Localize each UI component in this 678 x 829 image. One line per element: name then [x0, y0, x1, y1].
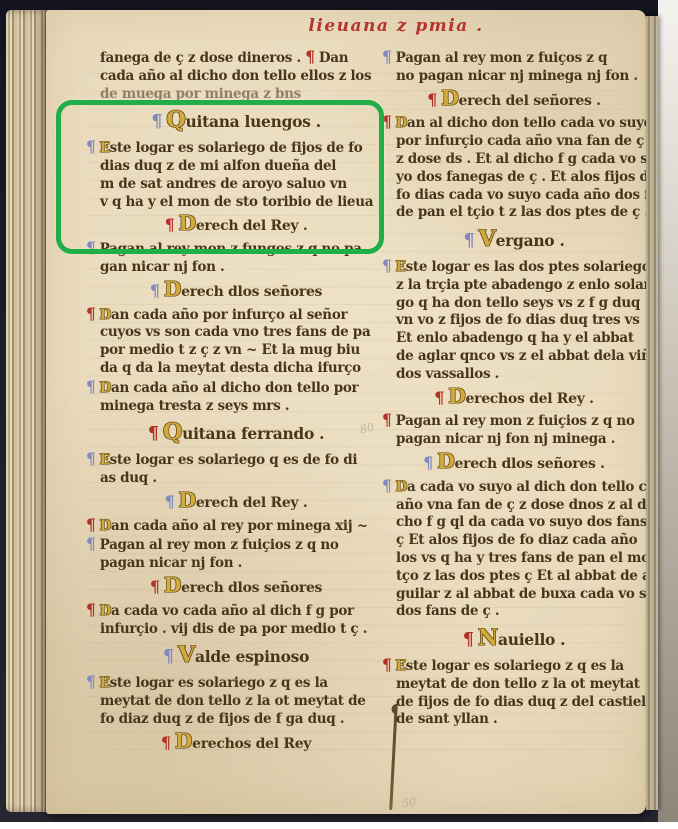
text-line: ¶Pagan al rey mon z fuiçios z q no: [86, 535, 386, 555]
text-line: fanega de ç z dose dineros . ¶Dan: [86, 48, 386, 68]
section-heading: ¶Derechos del Rey: [86, 733, 386, 754]
right-column: ¶Pagan al rey mon z fuiços z qno pagan n…: [382, 48, 646, 778]
paraph-mark: ¶: [305, 48, 315, 66]
illuminated-initial: Q: [163, 419, 182, 445]
text-line: dias duq z de mi alfon dueña del: [86, 158, 386, 176]
text-line: ¶Este logar es solariego z q es la: [382, 656, 646, 676]
text-line: z la trçia pte abadengo z enlo solarie: [382, 277, 646, 295]
text-line: gan nicar nj fon .: [86, 259, 386, 277]
section-heading: ¶Valde espinoso: [86, 647, 386, 666]
paraph-mark: ¶: [161, 733, 171, 752]
text-line: ¶Da cada vo suyo al dich don tello cada: [382, 477, 646, 497]
illuminated-initial: D: [437, 449, 454, 473]
illuminated-initial: D: [396, 479, 407, 495]
paraph-mark: ¶: [427, 90, 437, 109]
paraph-mark: ¶: [163, 646, 174, 667]
illuminated-initial: E: [100, 140, 110, 156]
left-column: fanega de ç z dose dineros . ¶Dancada añ…: [86, 48, 386, 768]
running-title: lieuana z pmia .: [286, 16, 506, 36]
text-line: vn vo z fijos de fo dias duq tres vs: [382, 312, 646, 330]
section-heading: ¶Derech dlos señores: [86, 281, 386, 302]
paraph-mark: ¶: [86, 515, 96, 534]
paraph-mark: ¶: [86, 377, 96, 396]
section-heading: ¶Derech dlos señores .: [382, 453, 646, 474]
text-line: z dose ds . Et al dicho f g cada vo su: [382, 151, 646, 169]
text-line: dos fans de ç .: [382, 603, 646, 621]
illuminated-initial: Q: [166, 107, 185, 133]
section-heading: ¶Quitana luengos .: [86, 112, 386, 131]
text-line: ¶Dan cada año por infurço al señor: [86, 305, 386, 325]
text-line: infurçio . vij dis de pa por medio t ç .: [86, 621, 386, 639]
paraph-mark: ¶: [148, 423, 159, 444]
illuminated-initial: D: [100, 380, 111, 396]
text-line: ¶Dan al dicho don tello cada vo suyo: [382, 113, 646, 133]
text-line: pagan nicar nj fon .: [86, 555, 386, 573]
paraph-mark: ¶: [86, 449, 96, 468]
text-line: por infurçio cada año vna fan de ç: [382, 133, 646, 151]
text-line: pagan nicar nj fon nj minega .: [382, 431, 646, 449]
text-line: tço z las dos ptes ç Et al abbat de a: [382, 568, 646, 586]
illuminated-initial: D: [100, 518, 111, 534]
text-line: por medio t z ç z vn ~ Et la mug biu: [86, 342, 386, 360]
text-line: fo dias cada vo suyo cada año dos fans: [382, 187, 646, 205]
illuminated-initial: D: [441, 86, 458, 110]
paraph-mark: ¶: [382, 655, 392, 674]
paraph-mark: ¶: [382, 256, 392, 275]
paraph-mark: ¶: [382, 410, 392, 429]
illuminated-initial: D: [164, 277, 181, 301]
illuminated-initial: E: [396, 259, 406, 275]
illuminated-initial: D: [100, 307, 111, 323]
text-line: año vna fan de ç z dose dnos z al di: [382, 497, 646, 515]
paraph-mark: ¶: [151, 111, 162, 132]
illuminated-initial: D: [175, 729, 192, 753]
text-line: ¶Dan cada año al rey por minega xij ~: [86, 516, 386, 536]
paraph-mark: ¶: [423, 453, 433, 472]
text-line: fo diaz duq z de fijos de f ga duq .: [86, 711, 386, 729]
paraph-mark: ¶: [463, 230, 474, 251]
text-line: ¶Este logar es solariego q es de fo di: [86, 450, 386, 470]
illuminated-initial: E: [100, 675, 110, 691]
text-line: de pan el tçio t z las dos ptes de ç .: [382, 204, 646, 222]
paraph-mark: ¶: [382, 476, 392, 495]
illuminated-initial: D: [100, 603, 111, 619]
illuminated-initial: D: [179, 211, 196, 235]
text-line: de muega por minega z bns: [86, 86, 386, 104]
paraph-mark: ¶: [150, 281, 160, 300]
text-line: ¶Este logar es las dos ptes solariego: [382, 257, 646, 277]
section-heading: ¶Vergano .: [382, 231, 646, 250]
section-heading: ¶Quitana ferrando .: [86, 424, 386, 443]
paraph-mark: ¶: [382, 48, 392, 66]
illuminated-initial: D: [396, 115, 407, 131]
screenshot-bottom-margin: [0, 822, 678, 829]
illuminated-initial: E: [396, 658, 406, 674]
paraph-mark: ¶: [463, 629, 474, 650]
section-heading: ¶Derech del señores .: [382, 90, 646, 111]
text-line: as duq .: [86, 470, 386, 488]
text-line: de sant yllan .: [382, 711, 646, 729]
text-line: de fijos de fo dias duq z del castiello: [382, 694, 646, 712]
scan-background-right: [658, 0, 678, 822]
text-line: meytat de don tello z la ot meytat de: [86, 693, 386, 711]
text-line: los vs q ha y tres fans de pan el mo: [382, 550, 646, 568]
section-heading: ¶Derechos del Rey .: [382, 388, 646, 409]
text-line: ¶Pagan al rey mon z fungos z q no pa: [86, 239, 386, 259]
paraph-mark: ¶: [86, 534, 96, 553]
illuminated-initial: D: [179, 488, 196, 512]
paraph-mark: ¶: [86, 304, 96, 323]
text-line: cada año al dicho don tello ellos z los: [86, 68, 386, 86]
illuminated-initial: V: [478, 226, 495, 252]
illuminated-initial: E: [100, 452, 110, 468]
text-line: da q da la meytat desta dicha ifurço: [86, 360, 386, 378]
paraph-mark: ¶: [86, 672, 96, 691]
text-line: Et enlo abadengo q ha y el abbat: [382, 330, 646, 348]
paraph-mark: ¶: [165, 492, 175, 511]
text-line: ¶Pagan al rey mon z fuiços z q: [382, 48, 646, 68]
section-heading: ¶Derech del Rey .: [86, 215, 386, 236]
text-line: meytat de don tello z la ot meytat: [382, 676, 646, 694]
paraph-mark: ¶: [165, 215, 175, 234]
text-line: v q ha y el mon de sto toribio de lieua: [86, 194, 386, 212]
paraph-mark: ¶: [86, 137, 96, 156]
text-line: dos vassallos .: [382, 366, 646, 384]
text-line: de aglar qnco vs z el abbat dela viña: [382, 348, 646, 366]
text-line: no pagan nicar nj minega nj fon .: [382, 68, 646, 86]
section-heading: ¶Derech del Rey .: [86, 492, 386, 513]
text-line: ¶Este logar es solariego de fijos de fo: [86, 138, 386, 158]
illuminated-initial: N: [478, 625, 498, 651]
paraph-mark: ¶: [434, 388, 444, 407]
section-heading: ¶Derech dlos señores: [86, 577, 386, 598]
text-line: yo dos fanegas de ç . Et alos fijos de: [382, 169, 646, 187]
page-under-edge: [646, 16, 658, 810]
book-page-edges: [6, 10, 48, 812]
text-line: ¶Pagan al rey mon z fuiçios z q no: [382, 411, 646, 431]
text-line: ç Et alos fijos de fo diaz cada año: [382, 532, 646, 550]
manuscript-photo: lieuana z pmia . fanega de ç z dose dine…: [0, 0, 678, 822]
text-line: guilar z al abbat de buxa cada vo suyo: [382, 586, 646, 604]
manuscript-page: lieuana z pmia . fanega de ç z dose dine…: [46, 10, 646, 814]
paraph-mark: ¶: [86, 238, 96, 257]
paraph-mark: ¶: [86, 600, 96, 619]
text-line: ¶Dan cada año al dicho don tello por: [86, 378, 386, 398]
pencil-scribble-bottom: 50: [401, 795, 417, 810]
text-line: m de sat andres de aroyo saluo vn: [86, 176, 386, 194]
illuminated-initial: V: [178, 642, 195, 668]
text-line: minega tresta z seys mrs .: [86, 398, 386, 416]
illuminated-initial: D: [164, 573, 181, 597]
paraph-mark: ¶: [150, 577, 160, 596]
text-line: go q ha don tello seys vs z f g duq: [382, 295, 646, 313]
text-line: cho f g ql da cada vo suyo dos fans de: [382, 514, 646, 532]
illuminated-initial: D: [448, 384, 465, 408]
text-line: cuyos vs son cada vno tres fans de pa: [86, 324, 386, 342]
text-line: ¶Este logar es solariego z q es la: [86, 673, 386, 693]
paraph-mark: ¶: [382, 112, 392, 131]
section-heading: ¶Nauiello .: [382, 630, 646, 649]
text-line: ¶Da cada vo cada año al dich f g por: [86, 601, 386, 621]
